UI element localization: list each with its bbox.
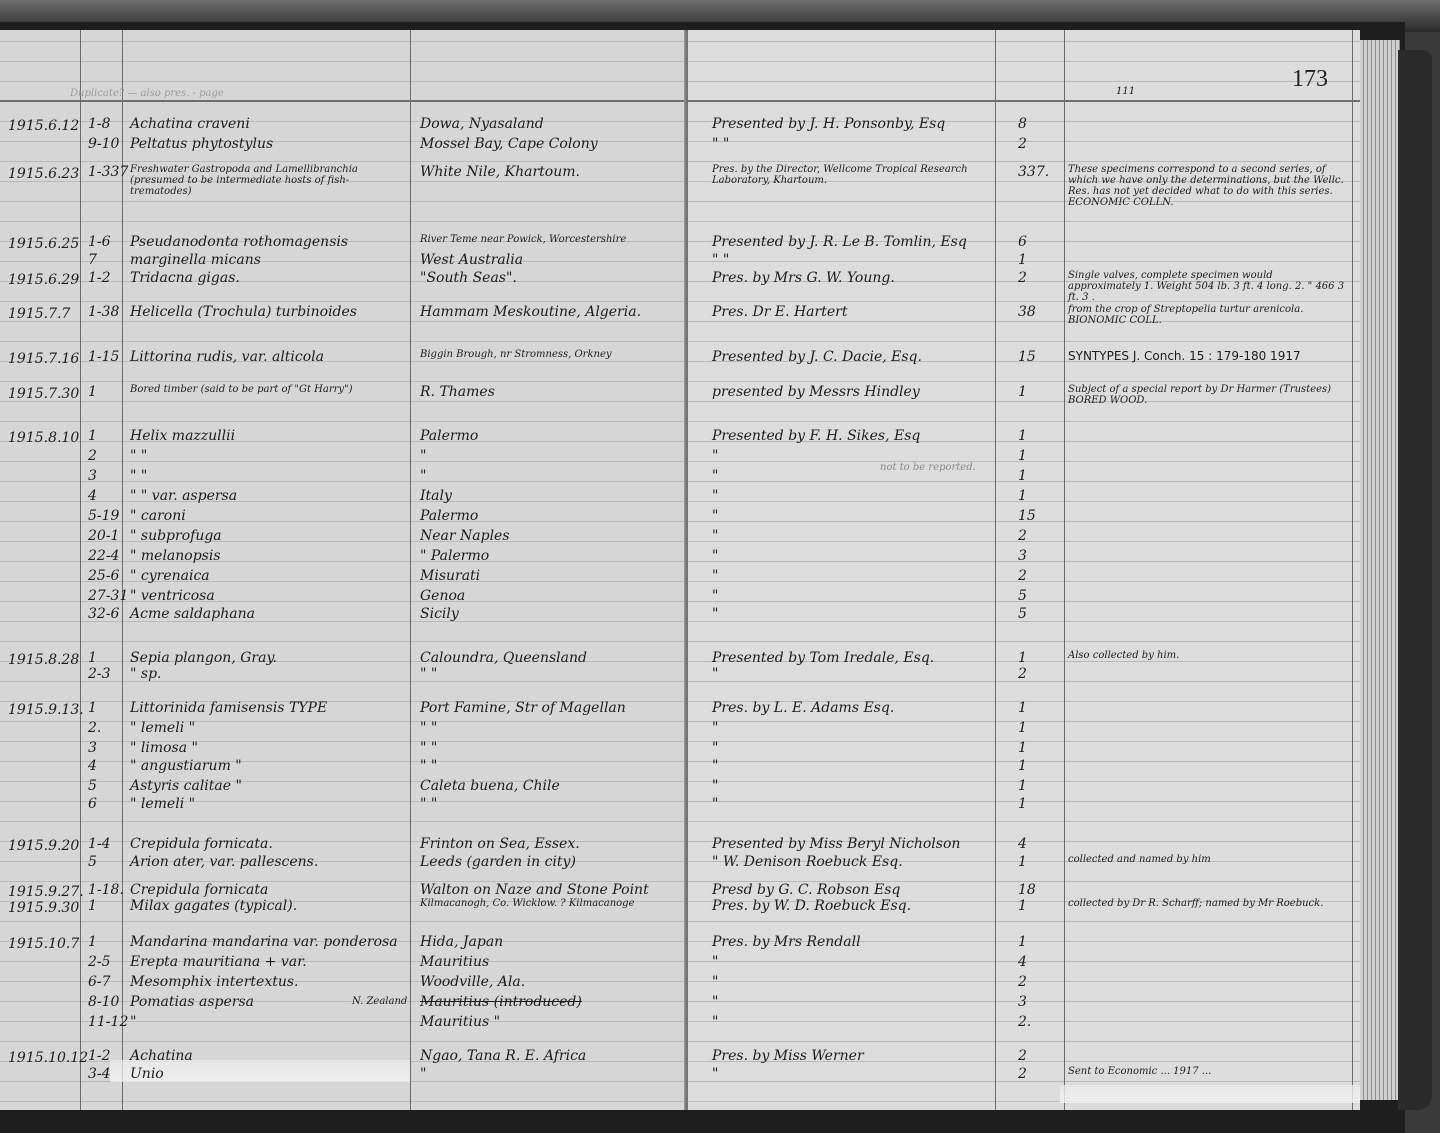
glare xyxy=(1060,1085,1360,1103)
register-numbers: 1 xyxy=(88,428,97,444)
donor: " xyxy=(712,954,718,970)
specimen-count: 2 xyxy=(1018,1048,1027,1064)
donor: Pres. by L. E. Adams Esq. xyxy=(712,700,894,716)
locality: Walton on Naze and Stone Point xyxy=(420,882,649,898)
specimen-count: 2 xyxy=(1018,528,1027,544)
specimen-name: Pomatias aspersa xyxy=(130,994,254,1010)
register-numbers: 7 xyxy=(88,252,97,268)
register-numbers: 25-6 xyxy=(88,568,119,584)
register-numbers: 32-6 xyxy=(88,606,119,622)
specimen-count: 1 xyxy=(1018,758,1027,774)
specimen-count: 4 xyxy=(1018,836,1027,852)
locality: Misurati xyxy=(420,568,480,584)
specimen-name: " limosa " xyxy=(130,740,198,756)
specimen-name: " lemeli " xyxy=(130,796,195,812)
specimen-count: 1 xyxy=(1018,700,1027,716)
locality: Dowa, Nyasaland xyxy=(420,116,544,132)
specimen-name: Arion ater, var. pallescens. xyxy=(130,854,318,870)
specimen-name: " melanopsis xyxy=(130,548,221,564)
specimen-count: 1 xyxy=(1018,252,1027,268)
register-numbers: 9-10 xyxy=(88,136,119,152)
specimen-name: Achatina xyxy=(130,1048,193,1064)
specimen-count: 38 xyxy=(1018,304,1036,320)
register-numbers: 11-12 xyxy=(88,1014,128,1030)
specimen-count: 1 xyxy=(1018,384,1027,400)
donor: " xyxy=(712,508,718,524)
remarks: collected and named by him xyxy=(1068,854,1348,865)
donor: Pres. Dr E. Hartert xyxy=(712,304,847,320)
register-numbers: 1 xyxy=(88,384,97,400)
donor: " xyxy=(712,1066,718,1082)
locality: Leeds (garden in city) xyxy=(420,854,576,870)
register-numbers: 22-4 xyxy=(88,548,119,564)
specimen-name: Astyris calitae " xyxy=(130,778,242,794)
donor: " " xyxy=(712,136,729,152)
locality: White Nile, Khartoum. xyxy=(420,164,580,180)
specimen-count: 1 xyxy=(1018,796,1027,812)
donor: " xyxy=(712,1014,718,1030)
entry-date: 1915.6.12 xyxy=(8,118,79,134)
specimen-name: Crepidula fornicata xyxy=(130,882,268,898)
register-numbers: 5 xyxy=(88,778,97,794)
locality: Palermo xyxy=(420,508,478,524)
specimen-name: Mesomphix intertextus. xyxy=(130,974,299,990)
locality: R. Thames xyxy=(420,384,495,400)
donor: " W. Denison Roebuck Esq. xyxy=(712,854,903,870)
donor: Presd by G. C. Robson Esq xyxy=(712,882,900,898)
locality: " " xyxy=(420,796,437,812)
locality: " " xyxy=(420,720,437,736)
specimen-count: 2 xyxy=(1018,136,1027,152)
register-numbers: 1-4 xyxy=(88,836,111,852)
locality: Hida, Japan xyxy=(420,934,503,950)
specimen-name: Erepta mauritiana + var. xyxy=(130,954,307,970)
pencil-note: Duplicate? — also pres. - page xyxy=(70,88,224,99)
locality: " " xyxy=(420,758,437,774)
specimen-count: 1 xyxy=(1018,898,1027,914)
donor: " xyxy=(712,488,718,504)
locality: " " xyxy=(420,666,437,682)
locality: Kilmacanogh, Co. Wicklow. ? Kilmacanoge xyxy=(420,898,635,909)
locality: Caleta buena, Chile xyxy=(420,778,560,794)
donor: " xyxy=(712,720,718,736)
register-numbers: 2-5 xyxy=(88,954,111,970)
register-numbers: 4 xyxy=(88,758,97,774)
specimen-name: Peltatus phytostylus xyxy=(130,136,273,152)
donor: Presented by Tom Iredale, Esq. xyxy=(712,650,934,666)
register-numbers: 1 xyxy=(88,898,97,914)
pencil-note: not to be reported. xyxy=(880,462,976,473)
column-rule-date xyxy=(80,30,81,1110)
donor: " xyxy=(712,588,718,604)
specimen-count: 18 xyxy=(1018,882,1036,898)
column-rule-remarks xyxy=(1352,30,1353,1110)
locality: Mauritius " xyxy=(420,1014,500,1030)
specimen-count: 1 xyxy=(1018,740,1027,756)
specimen-count: 1 xyxy=(1018,488,1027,504)
locality: " " xyxy=(420,740,437,756)
register-numbers: 3 xyxy=(88,740,97,756)
specimen-count: 2 xyxy=(1018,568,1027,584)
register-numbers: 1-6 xyxy=(88,234,111,250)
locality: Sicily xyxy=(420,606,459,622)
specimen-count: 2 xyxy=(1018,270,1027,286)
locality: " xyxy=(420,1066,426,1082)
entry-date: 1915.10.12 xyxy=(8,1050,88,1066)
donor: Presented by F. H. Sikes, Esq xyxy=(712,428,920,444)
locality: Mossel Bay, Cape Colony xyxy=(420,136,598,152)
donor: " xyxy=(712,994,718,1010)
entry-date: 1915.6.29 xyxy=(8,272,79,288)
remarks: collected by Dr R. Scharff; named by Mr … xyxy=(1068,898,1348,909)
header-rule xyxy=(0,100,686,102)
specimen-count: 3 xyxy=(1018,548,1027,564)
register-numbers: 1-337 xyxy=(88,164,128,180)
specimen-count: 6 xyxy=(1018,234,1027,250)
register-numbers: 3-4 xyxy=(88,1066,111,1082)
donor: " xyxy=(712,796,718,812)
specimen-name: Littorina rudis, var. alticola xyxy=(130,349,324,365)
locality: Ngao, Tana R. E. Africa xyxy=(420,1048,586,1064)
specimen-count: 15 xyxy=(1018,508,1036,524)
specimen-name: " ventricosa xyxy=(130,588,215,604)
remarks: These specimens correspond to a second s… xyxy=(1068,164,1348,208)
remarks: Subject of a special report by Dr Harmer… xyxy=(1068,384,1348,406)
donor: " xyxy=(712,548,718,564)
specimen-count: 1 xyxy=(1018,778,1027,794)
donor: Presented by J. C. Dacie, Esq. xyxy=(712,349,922,365)
specimen-count: 2 xyxy=(1018,974,1027,990)
register-numbers: 1-15 xyxy=(88,349,119,365)
entry-date: 1915.7.16 xyxy=(8,351,79,367)
name-note: N. Zealand xyxy=(352,996,407,1007)
locality: Italy xyxy=(420,488,452,504)
header-rule xyxy=(688,100,1360,102)
page-number: 173 xyxy=(1292,66,1328,93)
specimen-name: " angustiarum " xyxy=(130,758,242,774)
specimen-name: " subprofuga xyxy=(130,528,222,544)
entry-date: 1915.6.23 xyxy=(8,166,79,182)
entry-date: 1915.9.27. xyxy=(8,884,84,900)
page-edges xyxy=(1360,40,1400,1100)
specimen-name: " " xyxy=(130,448,147,464)
register-numbers: 5 xyxy=(88,854,97,870)
specimen-name: " xyxy=(130,1014,136,1030)
column-rule-numbers xyxy=(122,30,123,1110)
specimen-name: " sp. xyxy=(130,666,162,682)
specimen-name: " lemeli " xyxy=(130,720,195,736)
specimen-count: 5 xyxy=(1018,606,1027,622)
donor: " xyxy=(712,606,718,622)
register-numbers: 2. xyxy=(88,720,101,736)
register-numbers: 1-2 xyxy=(88,270,111,286)
donor: Pres. by the Director, Wellcome Tropical… xyxy=(712,164,1002,186)
specimen-count: 2 xyxy=(1018,1066,1027,1082)
locality: River Teme near Powick, Worcestershire xyxy=(420,234,626,245)
entry-date: 1915.8.28 xyxy=(8,652,79,668)
locality: " Palermo xyxy=(420,548,489,564)
specimen-name: Milax gagates (typical). xyxy=(130,898,297,914)
specimen-name: Pseudanodonta rothomagensis xyxy=(130,234,348,250)
entry-date: 1915.7.30 xyxy=(8,386,79,402)
donor: " xyxy=(712,528,718,544)
remarks: Sent to Economic ... 1917 ... xyxy=(1068,1066,1348,1077)
specimen-name: Helicella (Trochula) turbinoides xyxy=(130,304,357,320)
register-numbers: 1-8 xyxy=(88,116,111,132)
specimen-count: 1 xyxy=(1018,468,1027,484)
specimen-name: Achatina craveni xyxy=(130,116,250,132)
register-numbers: 1-38 xyxy=(88,304,119,320)
register-numbers: 8-10 xyxy=(88,994,119,1010)
specimen-name: Bored timber (said to be part of "Gt Har… xyxy=(130,384,400,395)
donor: Pres. by Mrs Rendall xyxy=(712,934,861,950)
register-numbers: 5-19 xyxy=(88,508,119,524)
specimen-count: 1 xyxy=(1018,448,1027,464)
specimen-name: " " var. aspersa xyxy=(130,488,237,504)
specimen-name: Helix mazzullii xyxy=(130,428,235,444)
donor: " xyxy=(712,568,718,584)
register-numbers: 27-31 xyxy=(88,588,128,604)
entry-date: 1915.8.10 xyxy=(8,430,79,446)
locality: Mauritius xyxy=(420,954,489,970)
locality: Mauritius (introduced) xyxy=(420,994,582,1010)
locality: " xyxy=(420,468,426,484)
header-mark: 111 xyxy=(1116,86,1135,97)
entry-date: 1915.7.7 xyxy=(8,306,70,322)
entry-date: 1915.9.30 xyxy=(8,900,79,916)
specimen-count: 1 xyxy=(1018,428,1027,444)
remarks: SYNTYPES J. Conch. 15 : 179-180 1917 xyxy=(1068,349,1348,363)
locality: Near Naples xyxy=(420,528,510,544)
locality: Caloundra, Queensland xyxy=(420,650,587,666)
register-numbers: 1-18. xyxy=(88,882,124,898)
remarks: Also collected by him. xyxy=(1068,650,1348,661)
specimen-count: 1 xyxy=(1018,934,1027,950)
locality: "South Seas". xyxy=(420,270,517,286)
donor: Presented by Miss Beryl Nicholson xyxy=(712,836,960,852)
specimen-name: Mandarina mandarina var. ponderosa xyxy=(130,934,398,950)
book-cover xyxy=(1398,50,1432,1110)
specimen-count: 5 xyxy=(1018,588,1027,604)
specimen-name: " " xyxy=(130,468,147,484)
entry-date: 1915.6.25 xyxy=(8,236,79,252)
specimen-name: marginella micans xyxy=(130,252,261,268)
register-numbers: 1-2 xyxy=(88,1048,111,1064)
column-rule-name xyxy=(410,30,411,1110)
column-rule-donor xyxy=(995,30,996,1110)
specimen-count: 337. xyxy=(1018,164,1049,180)
specimen-name: Sepia plangon, Gray. xyxy=(130,650,277,666)
register-numbers: 1 xyxy=(88,650,97,666)
locality: Biggin Brough, nr Stromness, Orkney xyxy=(420,349,612,360)
locality: Port Famine, Str of Magellan xyxy=(420,700,626,716)
specimen-count: 1 xyxy=(1018,720,1027,736)
donor: Presented by J. H. Ponsonby, Esq xyxy=(712,116,945,132)
specimen-name: Littorinida famisensis TYPE xyxy=(130,700,327,716)
donor: " xyxy=(712,740,718,756)
specimen-name: Freshwater Gastropoda and Lamellibranchi… xyxy=(130,164,400,197)
specimen-name: " caroni xyxy=(130,508,186,524)
specimen-name: Acme saldaphana xyxy=(130,606,255,622)
specimen-name: Tridacna gigas. xyxy=(130,270,240,286)
remarks: from the crop of Streptopelia turtur are… xyxy=(1068,304,1348,326)
donor: " xyxy=(712,778,718,794)
donor: " xyxy=(712,448,718,464)
specimen-name: Crepidula fornicata. xyxy=(130,836,273,852)
specimen-count: 3 xyxy=(1018,994,1027,1010)
register-numbers: 2 xyxy=(88,448,97,464)
entry-date: 1915.9.13. xyxy=(8,702,84,718)
locality: " xyxy=(420,448,426,464)
locality: Palermo xyxy=(420,428,478,444)
register-numbers: 1 xyxy=(88,700,97,716)
specimen-count: 2. xyxy=(1018,1014,1031,1030)
locality: Woodville, Ala. xyxy=(420,974,525,990)
register-numbers: 4 xyxy=(88,488,97,504)
specimen-count: 1 xyxy=(1018,854,1027,870)
donor: " xyxy=(712,468,718,484)
donor: presented by Messrs Hindley xyxy=(712,384,920,400)
specimen-count: 8 xyxy=(1018,116,1027,132)
donor: Pres. by W. D. Roebuck Esq. xyxy=(712,898,911,914)
donor: " xyxy=(712,758,718,774)
register-numbers: 6 xyxy=(88,796,97,812)
donor: " xyxy=(712,974,718,990)
specimen-count: 15 xyxy=(1018,349,1036,365)
locality: Frinton on Sea, Essex. xyxy=(420,836,580,852)
donor: " " xyxy=(712,252,729,268)
locality: West Australia xyxy=(420,252,523,268)
specimen-count: 4 xyxy=(1018,954,1027,970)
register-numbers: 3 xyxy=(88,468,97,484)
specimen-count: 2 xyxy=(1018,666,1027,682)
specimen-name: " cyrenaica xyxy=(130,568,210,584)
donor: Pres. by Miss Werner xyxy=(712,1048,864,1064)
register-numbers: 1 xyxy=(88,934,97,950)
locality: Hammam Meskoutine, Algeria. xyxy=(420,304,641,320)
remarks: Single valves, complete specimen would a… xyxy=(1068,270,1348,303)
entry-date: 1915.9.20 xyxy=(8,838,79,854)
register-numbers: 20-1 xyxy=(88,528,119,544)
specimen-name: Unio xyxy=(130,1066,164,1082)
entry-date: 1915.10.7 xyxy=(8,936,79,952)
column-rule-count xyxy=(1064,30,1065,1110)
register-numbers: 2-3 xyxy=(88,666,111,682)
donor: " xyxy=(712,666,718,682)
register-numbers: 6-7 xyxy=(88,974,111,990)
donor: Presented by J. R. Le B. Tomlin, Esq xyxy=(712,234,967,250)
donor: Pres. by Mrs G. W. Young. xyxy=(712,270,895,286)
specimen-count: 1 xyxy=(1018,650,1027,666)
locality: Genoa xyxy=(420,588,465,604)
